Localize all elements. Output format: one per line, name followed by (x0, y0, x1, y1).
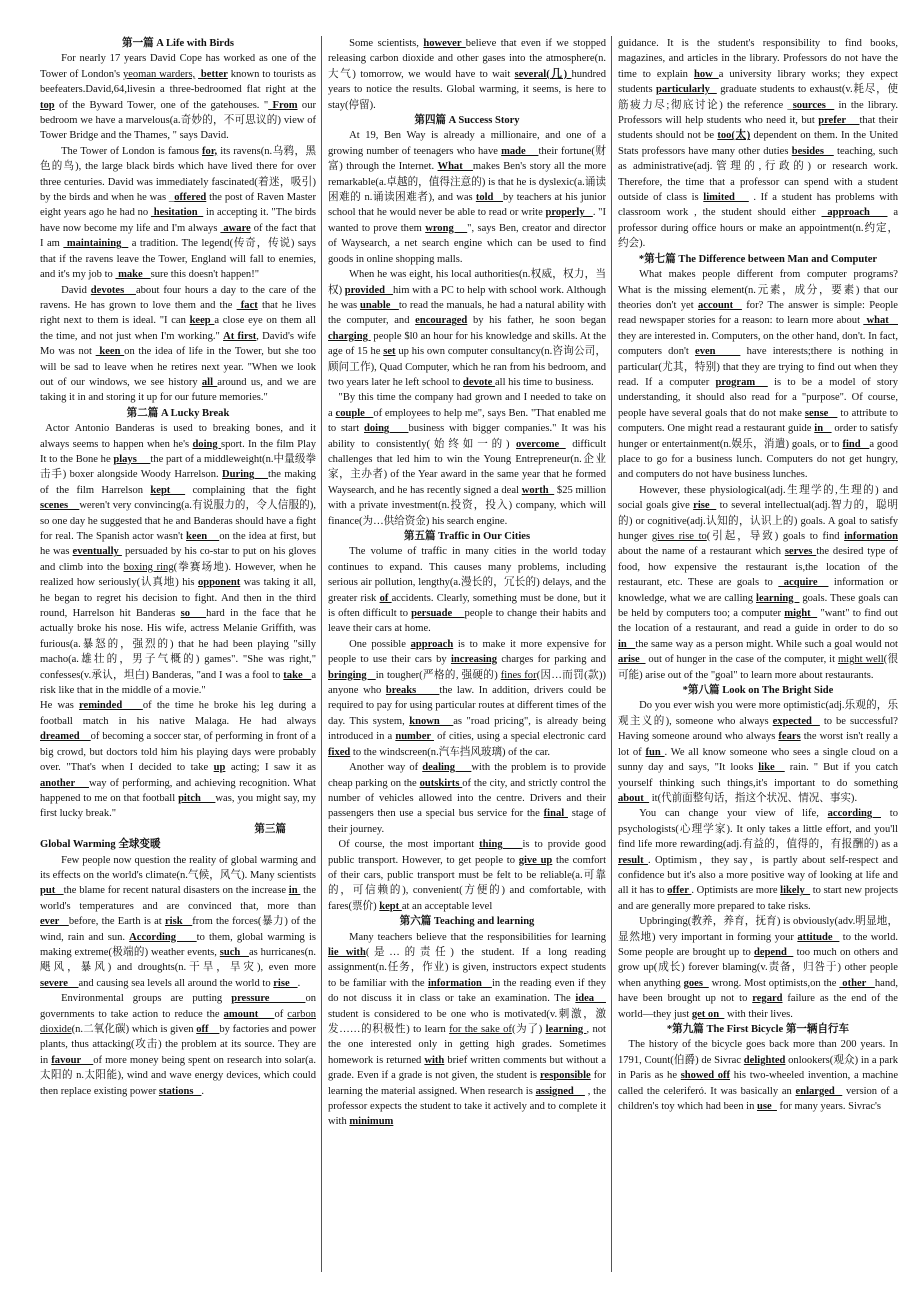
answer-blank: learning (756, 593, 799, 604)
paragraph: At 19, Ben Way is already a millionaire,… (328, 128, 606, 267)
answer-blank: approach (821, 207, 887, 218)
paragraph: Environmental groups are putting pressur… (40, 991, 316, 1099)
answer-blank: final (544, 808, 568, 819)
answer-blank: fixed (328, 747, 350, 758)
answer-blank: ever (40, 916, 69, 927)
answer-blank: sources (793, 100, 835, 111)
underlined-phrase: boxing ring (124, 562, 174, 573)
answer-blank: opponent (198, 577, 240, 588)
answer-blank: devotes (91, 285, 136, 296)
answer-blank: According (129, 932, 197, 943)
answer-blank: however (423, 38, 465, 49)
answer-blank: keen (186, 531, 219, 542)
paragraph: Few people now question the reality of g… (40, 853, 316, 992)
answer-blank: doing (364, 423, 408, 434)
answer-blank: too(太) (717, 130, 750, 141)
answer-blank: off (196, 1024, 219, 1035)
answer-blank: increasing (451, 654, 497, 665)
answer-blank: number (395, 731, 434, 742)
paragraph: He was reminded of the time he broke his… (40, 698, 316, 821)
answer-blank: What (438, 161, 473, 172)
answer-blank: learning (546, 1024, 587, 1035)
passage-3-title: Global Warming 全球变暖 (40, 837, 316, 852)
answer-blank: like (758, 762, 784, 773)
answer-blank: another (40, 778, 89, 789)
underlined-phrase: fines for (501, 670, 537, 681)
answer-blank: known (409, 716, 453, 727)
answer-blank: reminded (79, 700, 143, 711)
paragraph: Upbringing(教养，养育，抚育) is obviously(adv.明显… (618, 914, 898, 1022)
answer-blank: rise (693, 500, 716, 511)
answer-blank: At first (223, 331, 256, 342)
column-3: guidance. It is the student's responsibi… (611, 36, 898, 1272)
answer-blank: with (424, 1055, 444, 1066)
answer-blank: From (268, 100, 297, 111)
answer-blank: aware (220, 223, 250, 234)
answer-blank: eventually (73, 546, 122, 557)
paragraph: For nearly 17 years David Cope has worke… (40, 51, 316, 143)
paragraph: The volume of traffic in many cities in … (328, 544, 606, 636)
answer-blank: even (695, 346, 740, 357)
answer-blank: fact (237, 300, 258, 311)
passage-6-title: 第六篇 Teaching and learning (328, 914, 606, 929)
answer-blank: give up (519, 855, 553, 866)
answer-blank: might (784, 608, 817, 619)
answer-blank: get on (692, 1009, 725, 1020)
answer-blank: program (716, 377, 768, 388)
answer-blank: top (40, 100, 55, 111)
answer-blank: in (289, 885, 301, 896)
answer-blank: During (222, 469, 268, 480)
answer-blank: delighted (744, 1055, 786, 1066)
answer-blank: assigned (536, 1086, 585, 1097)
paragraph: Some scientists, however believe that ev… (328, 36, 606, 113)
answer-blank: information (428, 978, 492, 989)
answer-blank: amount (224, 1009, 275, 1020)
answer-blank: account (698, 300, 742, 311)
answer-blank: charging (328, 331, 371, 342)
paragraph: You can change your view of life, accord… (618, 806, 898, 914)
paragraph: When he was eight, his local authorities… (328, 267, 606, 390)
paragraph: One possible approach is to make it more… (328, 637, 606, 760)
answer-blank: limited (703, 192, 749, 203)
answer-blank: devote (463, 377, 495, 388)
answer-blank: overcome (516, 439, 566, 450)
answer-blank: approach (411, 639, 454, 650)
answer-blank: particularly (656, 84, 717, 95)
answer-blank: risk (165, 916, 192, 927)
answer-blank: persuade (411, 608, 464, 619)
answer-blank: severe (40, 978, 78, 989)
answer-blank: other (839, 978, 875, 989)
answer-blank: how (694, 69, 719, 80)
answer-blank: provided (345, 285, 393, 296)
answer-blank: bringing (328, 670, 376, 681)
passage-3-label: 第三篇 (40, 822, 316, 837)
answer-blank: breaks (386, 685, 440, 696)
answer-blank: showed off (681, 1070, 730, 1081)
answer-blank: likely (780, 885, 810, 896)
document-page: 第一篇 A Life with Birds For nearly 17 year… (40, 36, 898, 1272)
answer-blank: wrong (425, 223, 467, 234)
answer-blank: minimum (349, 1116, 393, 1127)
answer-blank: put (40, 885, 64, 896)
answer-blank: offer (667, 885, 691, 896)
answer-blank: rise (273, 978, 297, 989)
answer-blank: worth (522, 485, 554, 496)
paragraph: Of course, the most important thing is t… (328, 837, 606, 914)
answer-blank: expected (773, 716, 820, 727)
answer-blank: in (618, 639, 635, 650)
answer-blank: in (814, 423, 831, 434)
answer-blank: kept (379, 901, 402, 912)
answer-blank: thing (479, 839, 522, 850)
answer-blank: acquire (778, 577, 828, 588)
paragraph: Many teachers believe that the responsib… (328, 930, 606, 1130)
answer-blank: kept (150, 485, 185, 496)
passage-2-title: 第二篇 A Lucky Break (40, 406, 316, 421)
column-2: Some scientists, however believe that ev… (321, 36, 611, 1272)
answer-blank: keep (190, 315, 215, 326)
answer-blank: fun (645, 747, 664, 758)
answer-blank: so (181, 608, 206, 619)
passage-4-title: 第四篇 A Success Story (328, 113, 606, 128)
answer-blank: keen (96, 346, 125, 357)
answer-blank: maintaining (63, 238, 128, 249)
answer-blank: regard (752, 993, 782, 1004)
underlined-phrase: gives rise to (652, 531, 707, 542)
paragraph: David devotes about four hours a day to … (40, 283, 316, 406)
answer-blank: information (844, 531, 898, 542)
answer-blank: stations (159, 1086, 202, 1097)
paragraph: The history of the bicycle goes back mor… (618, 1037, 898, 1114)
answer-blank: prefer (818, 115, 859, 126)
answer-blank: outskirts (420, 778, 463, 789)
answer-blank: serves (785, 546, 816, 557)
underlined-phrase: for the sake of (449, 1024, 512, 1035)
paragraph: What makes people different from compute… (618, 267, 898, 483)
answer-blank: such (220, 947, 249, 958)
answer-blank: result (618, 855, 648, 866)
answer-blank: besides (792, 146, 834, 157)
answer-blank: responsible (540, 1070, 591, 1081)
answer-blank: up (214, 762, 226, 773)
answer-blank: for, (202, 146, 217, 157)
answer-blank: dreamed (40, 731, 91, 742)
answer-blank: dealing (422, 762, 471, 773)
answer-blank: encouraged (415, 315, 467, 326)
answer-blank: all (202, 377, 217, 388)
passage-9-title: *第九篇 The First Bicycle 第一辆自行车 (618, 1022, 898, 1037)
answer-blank: pitch (178, 793, 215, 804)
answer-blank: use (757, 1101, 777, 1112)
answer-blank: attitude (797, 932, 839, 943)
answer-blank: what (863, 315, 898, 326)
answer-blank: arise (618, 654, 646, 665)
answer-blank: sense (805, 408, 837, 419)
underlined-phrase: yeoman warders, (123, 69, 195, 80)
paragraph: "By this time the company had grown and … (328, 390, 606, 529)
passage-1-title: 第一篇 A Life with Birds (40, 36, 316, 51)
answer-blank: about (618, 793, 649, 804)
paragraph: Do you ever wish you were more optimisti… (618, 698, 898, 806)
answer-blank: find (842, 439, 869, 450)
answer-blank: lie with (328, 947, 366, 958)
paragraph: Another way of dealing with the problem … (328, 760, 606, 837)
answer-blank: scenes (40, 500, 79, 511)
passage-5-title: 第五篇 Traffic in Our Cities (328, 529, 606, 544)
answer-blank: several(几) (515, 69, 572, 80)
answer-blank: take (283, 670, 311, 681)
passage-7-title: *第七篇 The Difference between Man and Comp… (618, 252, 898, 267)
answer-blank: told (476, 192, 503, 203)
answer-blank: set (383, 346, 395, 357)
answer-blank: idea (575, 993, 606, 1004)
answer-blank: couple (336, 408, 374, 419)
answer-blank: depend (754, 947, 793, 958)
column-1: 第一篇 A Life with Birds For nearly 17 year… (40, 36, 321, 1272)
answer-blank: unable (360, 300, 399, 311)
answer-blank: made (501, 146, 538, 157)
passage-8-title: *第八篇 Look on The Bright Side (618, 683, 898, 698)
answer-blank: fears (778, 731, 800, 742)
answer-blank: according (828, 808, 881, 819)
answer-blank: hesitation (151, 207, 203, 218)
answer-blank: offered (174, 192, 206, 203)
paragraph: The Tower of London is famous for, its r… (40, 144, 316, 283)
answer-blank: goes (684, 978, 709, 989)
answer-blank: doing (192, 439, 221, 450)
answer-blank: enlarged (796, 1086, 843, 1097)
underlined-phrase: might well (838, 654, 884, 665)
answer-blank: pressure (231, 993, 305, 1004)
answer-blank: make (115, 269, 150, 280)
answer-blank: favour (51, 1055, 93, 1066)
paragraph: Actor Antonio Banderas is used to breaki… (40, 421, 316, 698)
answer-blank: plays (113, 454, 150, 465)
answer-blank: properly (546, 207, 593, 218)
paragraph: However, these physiological(adj.生理学的,生理… (618, 483, 898, 683)
answer-blank: of (380, 593, 392, 604)
paragraph: guidance. It is the student's responsibi… (618, 36, 898, 252)
underlined-phrase: carbon dioxide (40, 1009, 316, 1035)
answer-blank: better (198, 69, 228, 80)
